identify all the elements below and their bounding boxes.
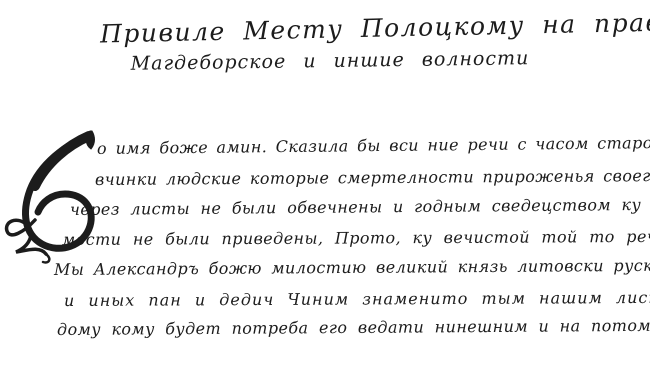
manuscript-body-line-6: и иных пан и дедич Чиним знаменито тым н… bbox=[64, 287, 650, 310]
manuscript-body-line-3: через листы не были обвечнены и годным с… bbox=[70, 194, 650, 219]
manuscript-page: Привиле Месту Полоцкому на право Магдебо… bbox=[0, 0, 650, 371]
manuscript-body-line-1: о имя боже амин. Сказила бы вси ние речи… bbox=[97, 132, 650, 158]
manuscript-body-line-7: дому кому будет потреба его ведати нинеш… bbox=[57, 315, 650, 339]
manuscript-body-line-2: вчинки людские которые смертелности прир… bbox=[95, 165, 650, 189]
manuscript-body-line-4: мости не были приведены, Прото, ку вечис… bbox=[62, 226, 650, 249]
manuscript-title-line1: Привиле Месту Полоцкому на право bbox=[100, 9, 620, 49]
manuscript-body-line-5: Мы Александръ божю милостию великий княз… bbox=[54, 255, 650, 279]
manuscript-title-line2: Магдеборское и иншие волности bbox=[130, 47, 530, 75]
